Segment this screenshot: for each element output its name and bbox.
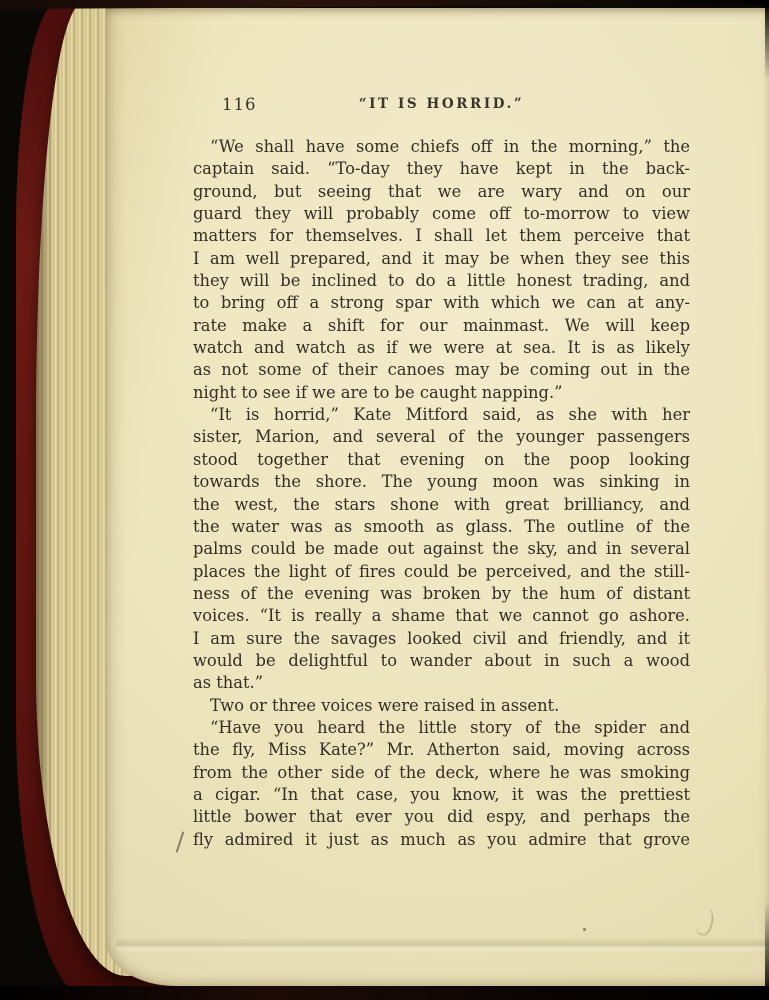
book-page: 116 “IT IS HORRID.” “We shall have some … <box>106 8 769 986</box>
text-line: the fly, Miss Kate?” Mr. Atherton said, … <box>193 739 690 761</box>
text-line: captain said. “To-day they have kept in … <box>193 158 690 180</box>
text-line: towards the shore. The young moon was si… <box>193 471 690 493</box>
scan-artifact-squiggle <box>695 907 715 938</box>
text-line: as not some of their canoes may be comin… <box>193 359 690 381</box>
text-line: rate make a shift for our mainmast. We w… <box>193 315 690 337</box>
text-line: “It is horrid,” Kate Mitford said, as sh… <box>193 404 690 426</box>
text-line: night to see if we are to be caught napp… <box>193 382 690 404</box>
text-line: watch and watch as if we were at sea. It… <box>193 337 690 359</box>
text-line: places the light of fires could be perce… <box>193 561 690 583</box>
text-line: “Have you heard the little story of the … <box>193 717 690 739</box>
text-line: matters for themselves. I shall let them… <box>193 225 690 247</box>
text-line: little bower that ever you did espy, and… <box>193 806 690 828</box>
text-line: “We shall have some chiefs off in the mo… <box>193 136 690 158</box>
photo-border-right <box>765 0 769 1000</box>
text-line: the west, the stars shone with great bri… <box>193 494 690 516</box>
text-line: stood together that evening on the poop … <box>193 449 690 471</box>
text-line: as that.” <box>193 672 690 694</box>
text-line: a cigar. “In that case, you know, it was… <box>193 784 690 806</box>
page-bottom-crease <box>116 938 769 952</box>
photo-border-bottom <box>0 986 769 1000</box>
text-line: sister, Marion, and several of the young… <box>193 426 690 448</box>
scan-artifact-speck <box>583 928 586 931</box>
text-block: “We shall have some chiefs off in the mo… <box>193 136 690 851</box>
running-header-title: “IT IS HORRID.” <box>193 96 690 112</box>
text-line: palms could be made out against the sky,… <box>193 538 690 560</box>
running-header: 116 “IT IS HORRID.” <box>193 93 690 115</box>
book-scan-photo: 116 “IT IS HORRID.” “We shall have some … <box>0 0 769 1000</box>
text-line: would be delightful to wander about in s… <box>193 650 690 672</box>
text-line: ness of the evening was broken by the hu… <box>193 583 690 605</box>
text-line: I am sure the savages looked civil and f… <box>193 628 690 650</box>
text-line: I am well prepared, and it may be when t… <box>193 248 690 270</box>
text-line: from the other side of the deck, where h… <box>193 762 690 784</box>
text-line: fly admired it just as much as you admir… <box>193 829 690 851</box>
text-line: the water was as smooth as glass. The ou… <box>193 516 690 538</box>
text-line: voices. “It is really a shame that we ca… <box>193 605 690 627</box>
text-line: guard they will probably come off to-mor… <box>193 203 690 225</box>
text-line: to bring off a strong spar with which we… <box>193 292 690 314</box>
scan-artifact-stroke <box>176 831 185 853</box>
text-line: ground, but seeing that we are wary and … <box>193 181 690 203</box>
text-line: they will be inclined to do a little hon… <box>193 270 690 292</box>
text-line: Two or three voices were raised in assen… <box>193 695 690 717</box>
